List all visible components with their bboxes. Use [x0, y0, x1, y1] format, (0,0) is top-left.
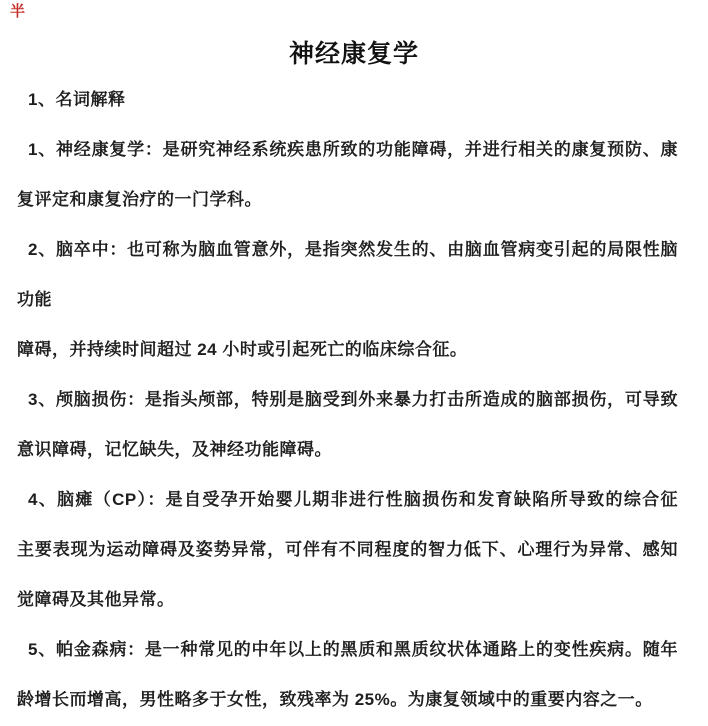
text-line: 功能 — [17, 275, 678, 325]
text-line: 3、颅脑损伤：是指头颅部，特别是脑受到外来暴力打击所造成的脑部损伤，可导致 — [17, 375, 678, 425]
corner-red-mark: 半 — [10, 4, 25, 19]
text-line: 主要表现为运动障碍及姿势异常，可伴有不同程度的智力低下、心理行为异常、感知 — [17, 525, 678, 575]
document-body: 1、名词解释1、神经康复学：是研究神经系统疾患所致的功能障碍，并进行相关的康复预… — [17, 75, 678, 725]
text-line: 1、神经康复学：是研究神经系统疾患所致的功能障碍，并进行相关的康复预防、康 — [17, 125, 678, 175]
text-line: 5、帕金森病：是一种常见的中年以上的黑质和黑质纹状体通路上的变性疾病。随年 — [17, 625, 678, 675]
document-page: 半 神经康复学 1、名词解释1、神经康复学：是研究神经系统疾患所致的功能障碍，并… — [0, 0, 708, 726]
document-title: 神经康复学 — [0, 34, 708, 70]
text-line: 4、脑瘫（CP）：是自受孕开始婴儿期非进行性脑损伤和发育缺陷所导致的综合征 — [17, 475, 678, 525]
text-line: 障碍，并持续时间超过 24 小时或引起死亡的临床综合征。 — [17, 325, 678, 375]
text-line: 复评定和康复治疗的一门学科。 — [17, 175, 678, 225]
text-line: 1、名词解释 — [17, 75, 678, 125]
text-line: 意识障碍，记忆缺失，及神经功能障碍。 — [17, 425, 678, 475]
text-line: 龄增长而增高，男性略多于女性，致残率为 25%。为康复领域中的重要内容之一。 — [17, 675, 678, 725]
text-line: 觉障碍及其他异常。 — [17, 575, 678, 625]
text-line: 2、脑卒中：也可称为脑血管意外，是指突然发生的、由脑血管病变引起的局限性脑 — [17, 225, 678, 275]
